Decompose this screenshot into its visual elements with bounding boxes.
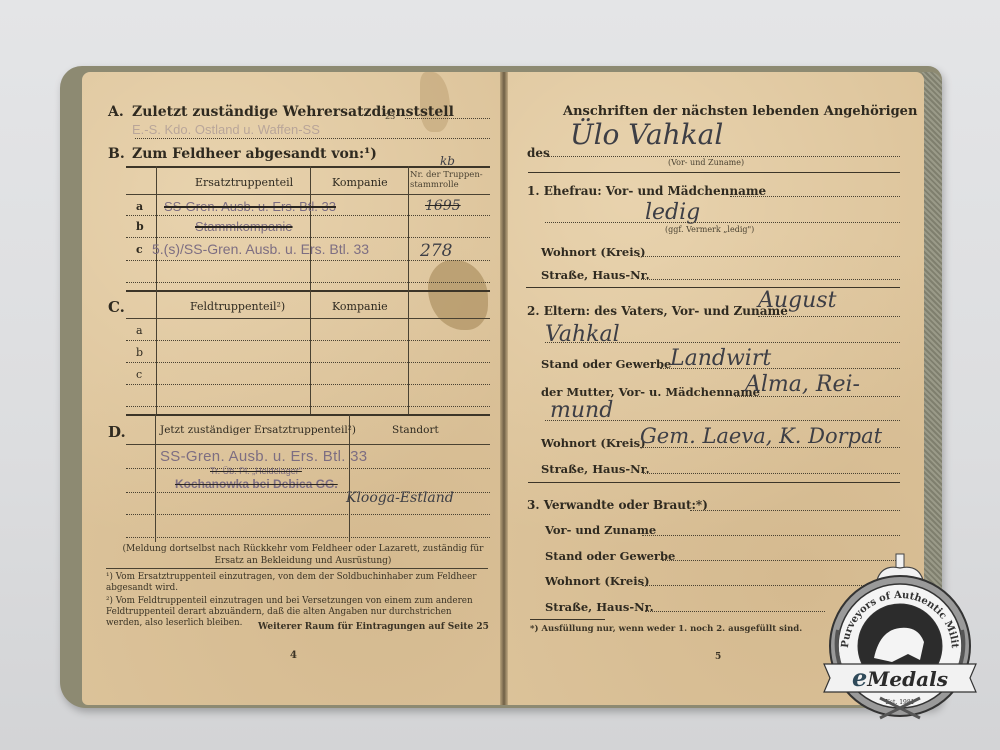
rule (126, 444, 490, 445)
page-title: Anschriften der nächsten lebenden Angehö… (563, 104, 917, 119)
table-divider (156, 166, 157, 290)
dotted-line (405, 118, 490, 119)
relative-name-label: Vor- und Zuname (545, 523, 656, 537)
rule (126, 290, 490, 292)
spouse-street-label: Straße, Haus-Nr. (541, 268, 650, 282)
row-letter-a: a (136, 200, 143, 213)
rule (528, 482, 900, 483)
section-d-label: D. (108, 423, 126, 441)
dotted-line (126, 514, 490, 515)
dotted-line (545, 222, 900, 223)
meldung-note: (Meldung dortselbst nach Rückkehr vom Fe… (118, 543, 488, 567)
dotted-line (735, 396, 900, 397)
header-stammrolle: Nr. der Truppen-stammrolle (410, 170, 490, 190)
owner-name: Ülo Vahkal (570, 118, 723, 151)
page-number-right: 5 (715, 652, 721, 662)
row-letter-b: b (136, 220, 144, 233)
dotted-line (126, 340, 490, 341)
header-kompanie: Kompanie (332, 176, 388, 189)
dotted-line (690, 510, 900, 511)
row-letter-b: b (136, 346, 143, 359)
dotted-line (126, 384, 490, 385)
dotted-line (730, 196, 900, 197)
dotted-line (126, 406, 490, 407)
dotted-line (126, 215, 490, 216)
dotted-line (640, 447, 900, 448)
dotted-line (645, 611, 825, 612)
page-number-left: 4 (290, 650, 297, 661)
parents-street-label: Straße, Haus-Nr. (541, 462, 650, 476)
rule (530, 619, 605, 620)
parents-label: 2. Eltern: des Vaters, Vor- und Zuname (527, 304, 788, 318)
father-first-name: August (758, 288, 836, 313)
owner-caption: (Vor- und Zuname) (668, 158, 744, 167)
header-feldtruppenteil: Feldtruppenteil²) (190, 300, 285, 313)
row-letter-c: c (136, 368, 142, 381)
rule (526, 287, 900, 288)
more-space-note: Weiterer Raum für Eintragungen auf Seite… (258, 622, 489, 632)
row-letter-c: c (136, 243, 143, 256)
dotted-line (642, 535, 900, 536)
brand-text: Medals (866, 667, 948, 691)
parents-residence-label: Wohnort (Kreis) (541, 436, 646, 450)
mother-label: der Mutter, Vor- u. Mädchenname (541, 385, 760, 399)
relatives-label: 3. Verwandte oder Braut:*) (527, 498, 708, 512)
dotted-line (660, 368, 900, 369)
table-divider (408, 290, 409, 414)
struck-number-a: 1695 (425, 198, 461, 214)
parents-residence: Gem. Laeva, K. Dorpat (640, 424, 882, 448)
dotted-line (758, 316, 900, 317)
header-standort: Standort (392, 424, 439, 436)
rule (126, 318, 490, 319)
des-label: des (527, 146, 550, 160)
header-kompanie-c: Kompanie (332, 300, 388, 313)
rule (106, 568, 488, 569)
occupation-label: Stand oder Gewerbe (541, 357, 671, 371)
unit-stamp: SS-Gren. Ausb. u. Ers. Btl. 33 (160, 448, 367, 465)
section-a-page-ref: 23 (385, 112, 395, 121)
svg-text:eMedals: eMedals (852, 663, 948, 692)
dotted-line (126, 537, 490, 538)
table-divider (310, 166, 311, 290)
dotted-line (135, 138, 490, 139)
father-last-name: Vahkal (545, 322, 620, 347)
relative-residence-label: Wohnort (Kreis) (545, 574, 650, 588)
emedals-logo-icon: Purveyors of Authentic Militaria eMedals… (822, 550, 978, 720)
section-a-label: A. (108, 104, 124, 120)
header-jetzt-zustaendig: Jetzt zuständiger Ersatztruppenteil²) (160, 424, 356, 436)
section-c-label: C. (108, 298, 125, 316)
spouse-residence-label: Wohnort (Kreis) (541, 245, 646, 259)
table-divider (310, 290, 311, 414)
dotted-line (126, 282, 490, 283)
dotted-line (548, 156, 900, 157)
relative-street-label: Straße, Haus-Nr. (545, 600, 654, 614)
table-divider (156, 290, 157, 414)
rule (126, 166, 490, 168)
dotted-line (126, 260, 490, 261)
struck-stamp-line-2: Tr. Üb. Pl. „Heidelager" (210, 466, 302, 476)
footnote-1: ¹) Vom Ersatztruppenteil einzutragen, vo… (106, 572, 488, 594)
spouse-caption: (ggf. Vermerk „ledig") (665, 225, 754, 234)
dotted-line (126, 237, 490, 238)
dotted-line (641, 279, 900, 280)
unit-c: 5.(s)/SS-Gren. Ausb. u. Ers. Btl. 33 (152, 241, 369, 257)
struck-unit-b: Stammkompanie (195, 219, 293, 234)
emedals-watermark: Purveyors of Authentic Militaria eMedals… (822, 550, 978, 720)
right-footnote: *) Ausfüllung nur, wenn weder 1. noch 2.… (530, 624, 802, 634)
handwritten-location: Klooga-Estland (346, 490, 454, 506)
rule (528, 172, 900, 173)
dotted-line (545, 420, 900, 421)
dotted-line (643, 473, 900, 474)
number-c: 278 (420, 241, 452, 261)
relative-occupation-label: Stand oder Gewerbe (545, 549, 675, 563)
faint-stamp: E.-S. Kdo. Ostland u. Waffen-SS (132, 122, 320, 137)
struck-stamp-line-3: Kochanowka bei Debica GG. (175, 477, 338, 491)
row-letter-a: a (136, 324, 143, 337)
section-b-title: Zum Feldheer abgesandt von:¹) (132, 146, 377, 162)
dotted-line (545, 342, 900, 343)
table-divider (155, 414, 156, 542)
table-divider (408, 166, 409, 290)
rule (126, 414, 490, 416)
book-gutter (500, 72, 508, 705)
rule (126, 194, 490, 195)
dotted-line (126, 468, 490, 469)
header-ersatztruppenteil: Ersatztruppenteil (195, 176, 293, 189)
dotted-line (638, 256, 900, 257)
dotted-line (126, 362, 490, 363)
section-b-label: B. (108, 146, 125, 162)
struck-unit-a: SS-Gren. Ausb. u. Ers. Btl. 33 (164, 199, 336, 214)
mother-first-name: Alma, Rei- (745, 372, 860, 397)
